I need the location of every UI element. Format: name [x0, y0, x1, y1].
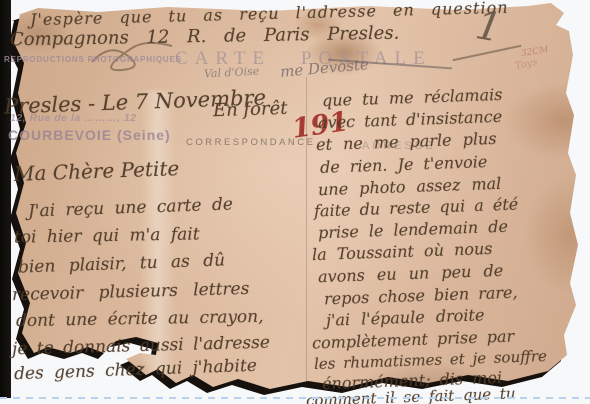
- ink-layer: J'espère que tu as reçu l'adresse en que…: [0, 0, 590, 404]
- handwritten-line: j'ai l'épaule droite: [326, 305, 485, 330]
- handwritten-line: bien plaisir, tu as dû: [18, 250, 226, 277]
- handwritten-line: de rien. Je t'envoie: [320, 152, 488, 177]
- handwritten-line: avons eu un peu de: [318, 261, 504, 286]
- handwritten-line: dont une écrite au crayon,: [16, 307, 264, 331]
- handwritten-en-foret: En forêt: [213, 98, 288, 122]
- handwritten-line: J'ai reçu une carte de: [28, 194, 233, 221]
- handwritten-line: je te donnais aussi l'adresse: [12, 333, 270, 360]
- handwritten-line: recevoir plusieurs lettres: [12, 279, 250, 305]
- handwritten-line: des gens chez qui j'habite: [14, 356, 257, 384]
- handwritten-line: la Toussaint où nous: [312, 239, 493, 264]
- handwritten-line: que tu me réclamais: [322, 85, 503, 110]
- scanned-postcard: J'espère que tu as reçu l'adresse en que…: [0, 0, 590, 404]
- handwritten-line: toi hier qui m'a fait: [14, 224, 200, 247]
- corner-note-bottom: Toys: [514, 57, 538, 72]
- salutation: Ma Chère Petite: [14, 156, 180, 186]
- handwritten-line: repos chose bien rare,: [324, 283, 518, 309]
- stamp-photographer-line: REPRODUCTIONS PHOTOGRAPHIQUES: [4, 55, 182, 64]
- title-pencil-underwrite: Val d'Oise: [204, 65, 260, 81]
- scan-edge-artifact: [0, 397, 590, 399]
- stamp-city-line: COURBEVOIE (Seine): [8, 127, 171, 143]
